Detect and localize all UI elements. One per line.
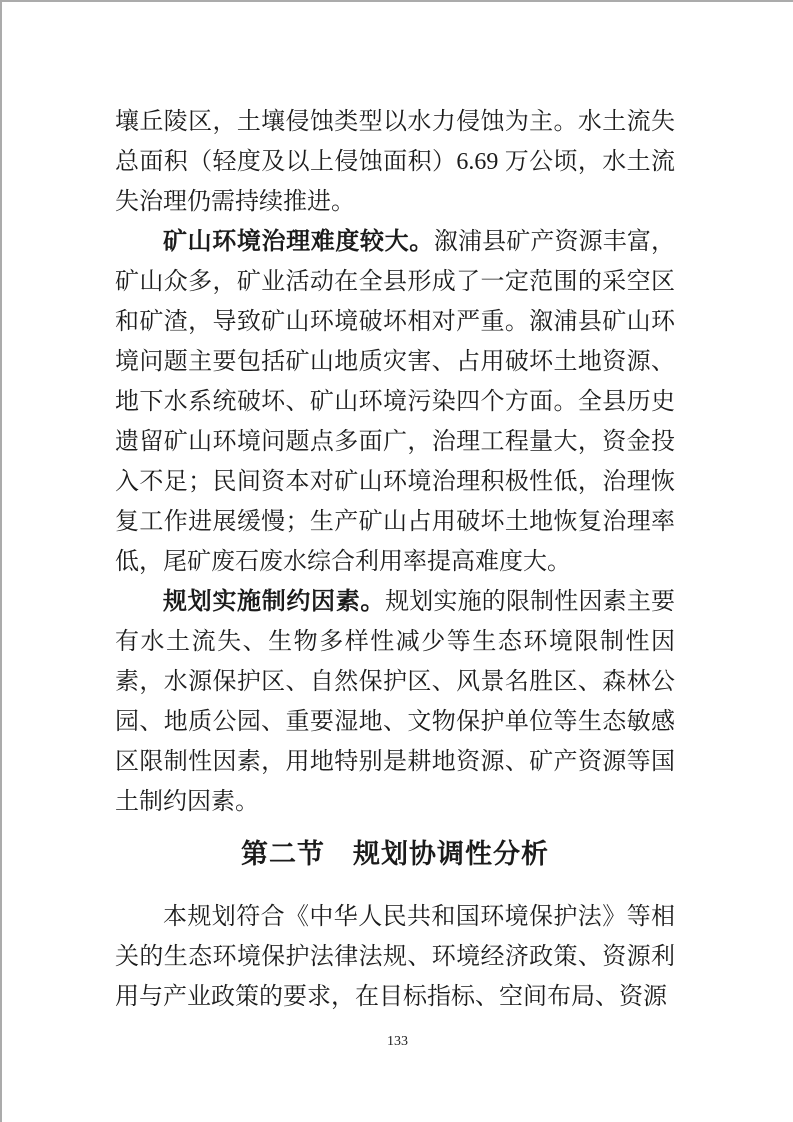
section-heading: 第二节 规划协调性分析: [115, 832, 675, 876]
para-plan-constraints: 规划实施制约因素。规划实施的限制性因素主要有水土流失、生物多样性减少等生态环境限…: [115, 582, 675, 822]
para-soil-erosion: 壤丘陵区，土壤侵蚀类型以水力侵蚀为主。水土流失总面积（轻度及以上侵蚀面积）6.6…: [115, 102, 675, 222]
paragraph-lead: 规划实施制约因素。: [163, 589, 385, 615]
page-content: 壤丘陵区，土壤侵蚀类型以水力侵蚀为主。水土流失总面积（轻度及以上侵蚀面积）6.6…: [115, 102, 675, 1017]
para-mine-environment: 矿山环境治理难度较大。溆浦县矿产资源丰富，矿山众多，矿业活动在全县形成了一定范围…: [115, 222, 675, 582]
paragraph-text: 溆浦县矿产资源丰富，矿山众多，矿业活动在全县形成了一定范围的采空区和矿渣，导致矿…: [115, 229, 675, 575]
page-number: 133: [2, 1034, 793, 1050]
paragraph-text: 规划实施的限制性因素主要有水土流失、生物多样性减少等生态环境限制性因素，水源保护…: [115, 589, 675, 815]
para-plan-compliance: 本规划符合《中华人民共和国环境保护法》等相关的生态环境保护法律法规、环境经济政策…: [115, 897, 675, 1017]
paragraph-lead: 矿山环境治理难度较大。: [163, 229, 434, 255]
document-page: 壤丘陵区，土壤侵蚀类型以水力侵蚀为主。水土流失总面积（轻度及以上侵蚀面积）6.6…: [0, 0, 793, 1122]
paragraph-text: 壤丘陵区，土壤侵蚀类型以水力侵蚀为主。水土流失总面积（轻度及以上侵蚀面积）6.6…: [115, 109, 675, 215]
paragraph-text: 本规划符合《中华人民共和国环境保护法》等相关的生态环境保护法律法规、环境经济政策…: [115, 904, 675, 1010]
